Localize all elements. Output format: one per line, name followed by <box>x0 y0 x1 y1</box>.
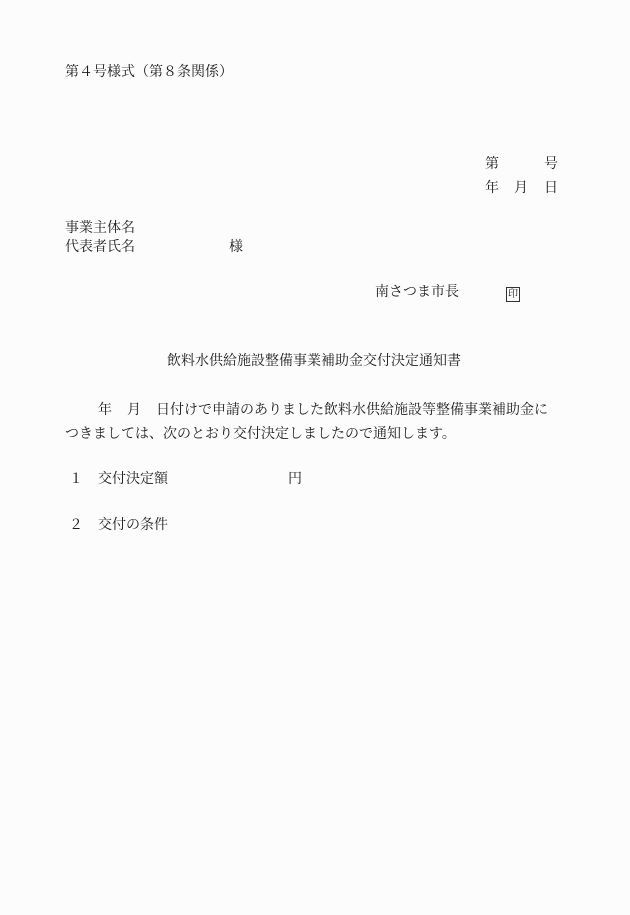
document-page: { "form_label": "第４号様式（第８条関係）", "referen… <box>0 0 630 915</box>
representative-name-label: 代表者氏名 <box>65 238 135 256</box>
honorific-sama: 様 <box>229 238 243 256</box>
item-2-label: 交付の条件 <box>98 516 168 534</box>
body-month-label: 月 <box>127 401 141 419</box>
date-year-label: 年 <box>485 179 499 197</box>
date-month-label: 月 <box>514 179 528 197</box>
reference-number-suffix: 号 <box>544 155 558 173</box>
entity-name-label: 事業主体名 <box>65 219 135 237</box>
date-day-label: 日 <box>544 179 558 197</box>
form-label: 第４号様式（第８条関係） <box>65 63 233 81</box>
item-2-number: ２ <box>69 516 83 534</box>
item-1-number: １ <box>69 470 83 488</box>
item-1-unit: 円 <box>288 470 302 488</box>
document-title: 飲料水供給施設整備事業補助金交付決定通知書 <box>167 352 461 370</box>
body-line-2: つきましては、次のとおり交付決定しましたので通知します。 <box>65 425 456 443</box>
item-1-label: 交付決定額 <box>98 470 168 488</box>
seal-icon: 印 <box>506 287 520 302</box>
issuer-name: 南さつま市長 <box>375 283 459 301</box>
body-line-1: 日付けで申請のありました飲料水供給施設等整備事業補助金に <box>156 401 548 419</box>
seal-mark: 印 <box>506 284 520 302</box>
reference-number-prefix: 第 <box>485 155 499 173</box>
body-year-label: 年 <box>98 401 112 419</box>
